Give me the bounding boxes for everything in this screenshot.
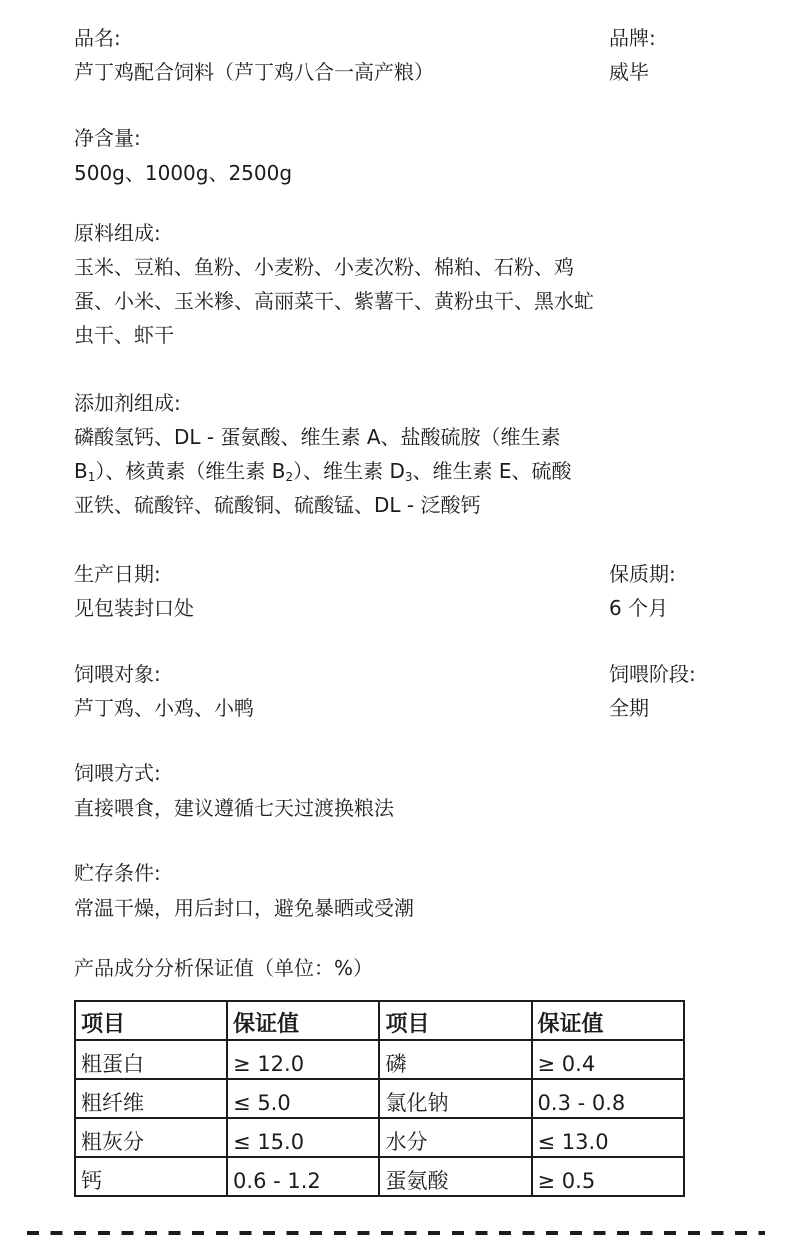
value-cell: 0.6 - 1.2 [227,1157,379,1196]
feeding-method-value: 直接喂食，建议遵循七天过渡换粮法 [74,791,394,825]
table-row: 钙 0.6 - 1.2 蛋氨酸 ≥ 0.5 [75,1157,684,1196]
value-cell: ≥ 0.4 [532,1040,684,1079]
additives-text: B [74,459,88,483]
feeding-method-label: 饲喂方式: [74,756,161,790]
value-cell: ≥ 0.5 [532,1157,684,1196]
header-value: 保证值 [532,1001,684,1040]
item-cell: 粗蛋白 [75,1040,227,1079]
item-cell: 磷 [379,1040,531,1079]
shelf-life-label: 保质期: [609,557,676,591]
ingredients-section: 原料组成: 玉米、豆粕、鱼粉、小麦粉、小麦次粉、棉粕、石粉、鸡 蛋、小米、玉米糁… [74,216,714,352]
net-content-value: 500g、1000g、2500g [74,156,292,190]
value-cell: ≥ 12.0 [227,1040,379,1079]
additives-section: 添加剂组成: 磷酸氢钙、DL - 蛋氨酸、维生素 A、盐酸硫胺（维生素 B1）、… [74,386,714,522]
feeding-target-label: 饲喂对象: [74,657,161,691]
net-content-label: 净含量: [74,121,141,155]
header-value: 保证值 [227,1001,379,1040]
analysis-table-title: 产品成分分析保证值（单位：%） [74,951,373,985]
item-cell: 粗纤维 [75,1079,227,1118]
storage-label: 贮存条件: [74,856,161,890]
ingredients-line: 蛋、小米、玉米糁、高丽菜干、紫薯干、黄粉虫干、黑水虻 [74,284,714,318]
brand-label: 品牌: [609,21,656,55]
feeding-stage-value: 全期 [609,691,649,725]
table-row: 粗蛋白 ≥ 12.0 磷 ≥ 0.4 [75,1040,684,1079]
additives-label: 添加剂组成: [74,386,714,420]
table-row: 粗纤维 ≤ 5.0 氯化钠 0.3 - 0.8 [75,1079,684,1118]
analysis-table: 项目 保证值 项目 保证值 粗蛋白 ≥ 12.0 磷 ≥ 0.4 粗纤维 ≤ 5… [74,1000,685,1197]
production-date-value: 见包装封口处 [74,591,194,625]
item-cell: 氯化钠 [379,1079,531,1118]
table-row: 粗灰分 ≤ 15.0 水分 ≤ 13.0 [75,1118,684,1157]
product-name-label: 品名: [74,21,121,55]
shelf-life-value: 6 个月 [609,591,668,625]
subscript: 3 [405,470,413,484]
header-item: 项目 [379,1001,531,1040]
ingredients-label: 原料组成: [74,216,714,250]
brand-value: 威毕 [609,55,649,89]
storage-value: 常温干燥，用后封口，避免暴晒或受潮 [74,891,414,925]
additives-text: 、维生素 E、硫酸 [413,459,572,483]
additives-line: 亚铁、硫酸锌、硫酸铜、硫酸锰、DL - 泛酸钙 [74,488,714,522]
subscript: 2 [285,470,293,484]
additives-line: B1）、核黄素（维生素 B2）、维生素 D3、维生素 E、硫酸 [74,454,714,488]
header-item: 项目 [75,1001,227,1040]
additives-line: 磷酸氢钙、DL - 蛋氨酸、维生素 A、盐酸硫胺（维生素 [74,420,714,454]
item-cell: 粗灰分 [75,1118,227,1157]
product-name-value: 芦丁鸡配合饲料（芦丁鸡八合一高产粮） [74,55,434,89]
value-cell: ≤ 13.0 [532,1118,684,1157]
additives-text: ）、核黄素（维生素 B [95,459,285,483]
feeding-target-value: 芦丁鸡、小鸡、小鸭 [74,691,254,725]
value-cell: ≤ 5.0 [227,1079,379,1118]
subscript: 1 [88,470,96,484]
ingredients-line: 玉米、豆粕、鱼粉、小麦粉、小麦次粉、棉粕、石粉、鸡 [74,250,714,284]
item-cell: 水分 [379,1118,531,1157]
value-cell: 0.3 - 0.8 [532,1079,684,1118]
production-date-label: 生产日期: [74,557,161,591]
table-header-row: 项目 保证值 项目 保证值 [75,1001,684,1040]
item-cell: 蛋氨酸 [379,1157,531,1196]
ingredients-line: 虫干、虾干 [74,318,714,352]
feeding-stage-label: 饲喂阶段: [609,657,696,691]
dashed-divider [27,1231,765,1235]
value-cell: ≤ 15.0 [227,1118,379,1157]
item-cell: 钙 [75,1157,227,1196]
additives-text: ）、维生素 D [293,459,405,483]
